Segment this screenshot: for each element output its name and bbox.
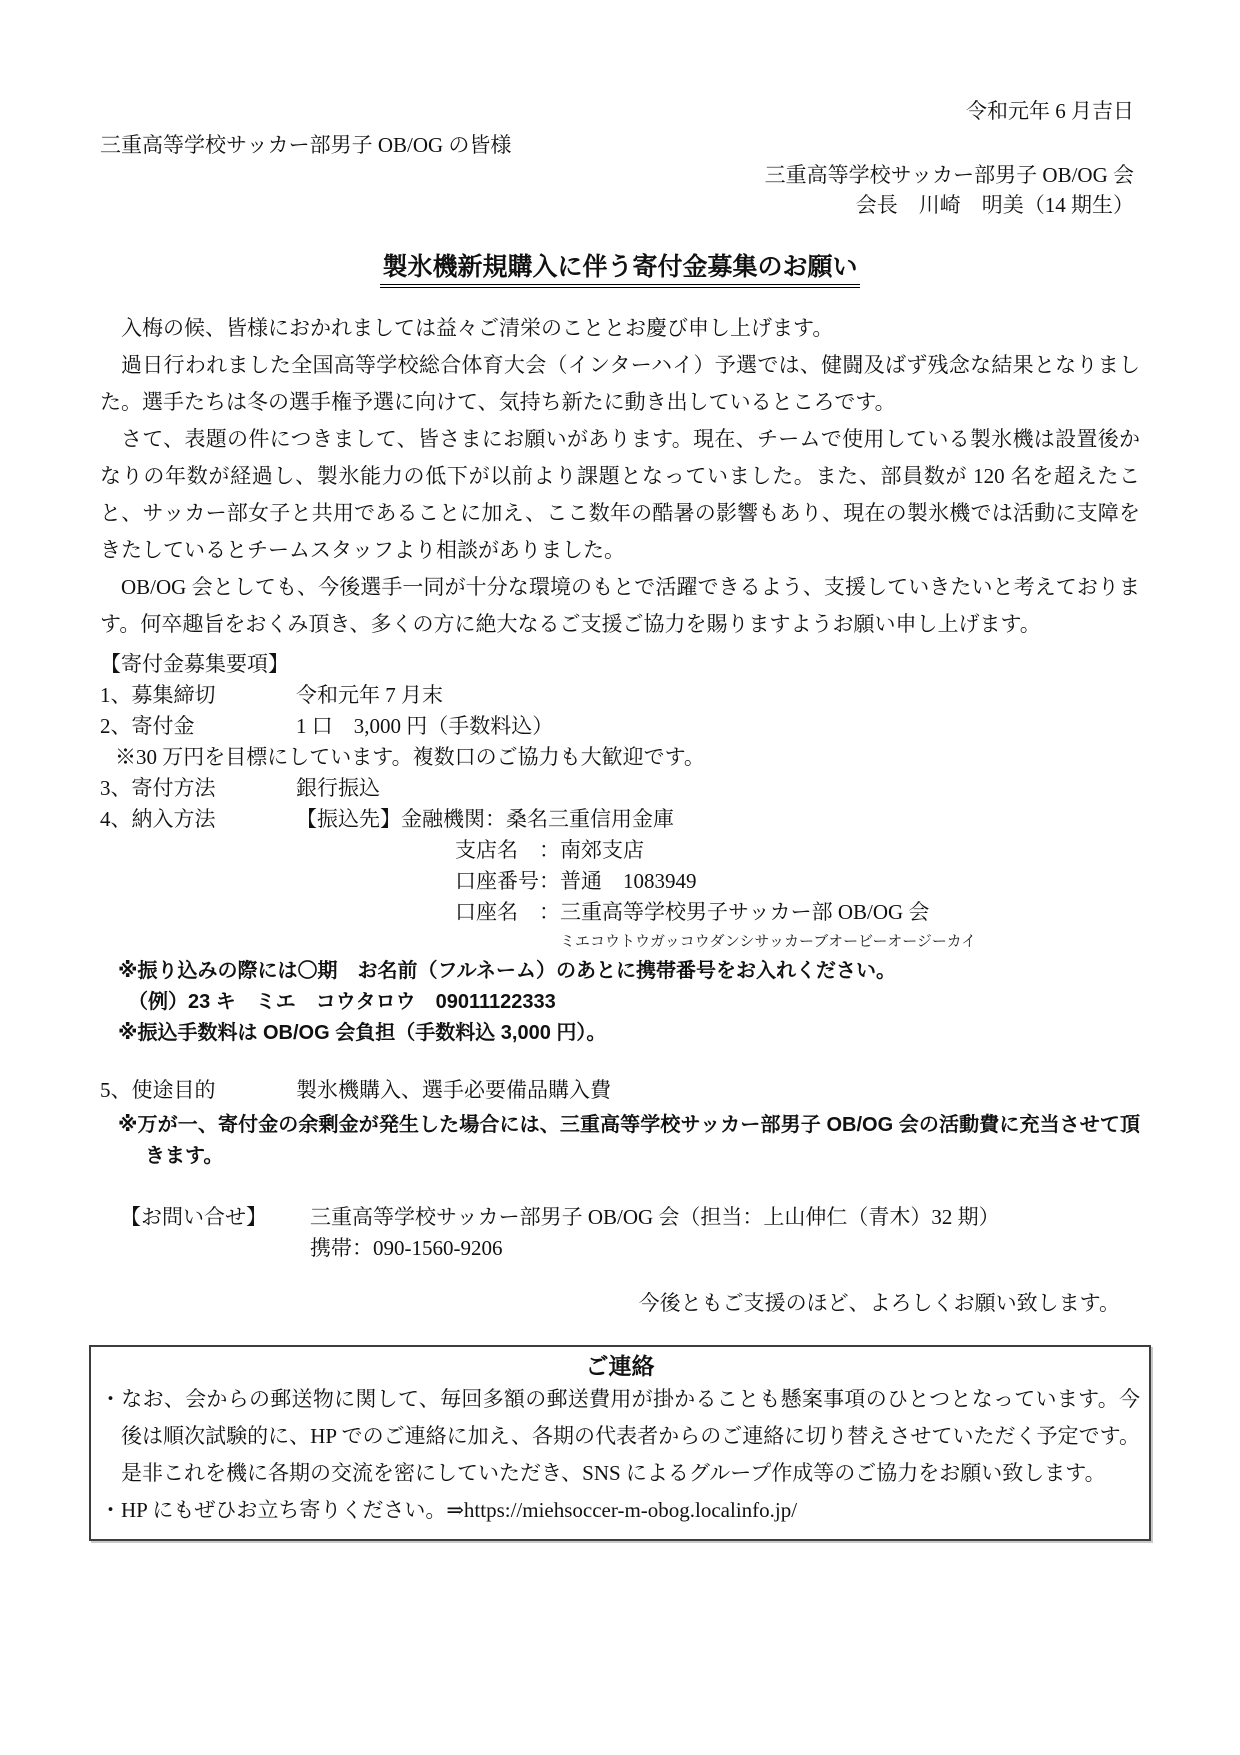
contact-row: 【お問い合せ】 三重高等学校サッカー部男子 OB/OG 会（担当：上山伸仁（青木…	[100, 1202, 1140, 1233]
guideline-item-purpose: 5、使途目的 製氷機購入、選手必要備品購入費	[100, 1075, 1140, 1106]
body-paragraphs: 入梅の候、皆様におかれましては益々ご清栄のこととお慶び申し上げます。 過日行われ…	[100, 310, 1140, 643]
item-value: 製氷機購入、選手必要備品購入費	[296, 1075, 1140, 1106]
notice-bullet-homepage-url: ・HP にもぜひお立ち寄りください。⇒https://miehsoccer-m-…	[100, 1492, 1140, 1529]
guideline-item-amount: 2、寄付金 1 口 3,000 円（手数料込）	[100, 711, 1140, 742]
date-line: 令和元年 6 月吉日	[100, 96, 1140, 126]
contact-org-line: 三重高等学校サッカー部男子 OB/OG 会（担当：上山伸仁（青木）32 期）	[310, 1202, 1000, 1233]
item-label: 4、納入方法	[100, 804, 296, 835]
transfer-name-note: ※振り込みの際には〇期 お名前（フルネーム）のあとに携帯番号をお入れください。	[100, 956, 1140, 987]
contact-heading: 【お問い合せ】	[100, 1202, 310, 1233]
bank-branch-line: 支店名 ：南郊支店	[455, 835, 1140, 866]
item-number: 5、	[100, 1078, 132, 1102]
guideline-item-method: 3、寄付方法 銀行振込	[100, 773, 1140, 804]
page-title: 製氷機新規購入に伴う寄付金募集のお願い	[380, 253, 859, 288]
closing-line: 今後ともご支援のほど、よろしくお願い致します。	[100, 1288, 1140, 1319]
item-label: 3、寄付方法	[100, 773, 296, 804]
item-number: 2、	[100, 714, 132, 738]
bank-account-number-line: 口座番号：普通 1083949	[455, 866, 1140, 897]
item-number: 3、	[100, 776, 132, 800]
item-number: 4、	[100, 807, 132, 831]
item-label: 1、募集締切	[100, 680, 296, 711]
contact-phone-line: 携帯：090-1560-9206	[310, 1233, 1140, 1264]
item-value: 1 口 3,000 円（手数料込）	[296, 711, 1140, 742]
notice-bullet-postage: ・なお、会からの郵送物に関して、毎回多額の郵送費用が掛かることも懸案事項のひとつ…	[100, 1381, 1140, 1492]
item-title: 募集締切	[132, 683, 216, 707]
sender-chair-line: 会長 川崎 明美（14 期生）	[100, 190, 1140, 220]
notice-box: ご連絡 ・なお、会からの郵送物に関して、毎回多額の郵送費用が掛かることも懸案事項…	[89, 1345, 1151, 1541]
title-row: 製氷機新規購入に伴う寄付金募集のお願い	[100, 248, 1140, 290]
item-label: 2、寄付金	[100, 711, 296, 742]
paragraph-support-request: OB/OG 会としても、今後選手一同が十分な環境のもとで活躍できるよう、支援して…	[100, 569, 1140, 643]
bank-account-name-line: 口座名 ：三重高等学校男子サッカー部 OB/OG 会	[455, 897, 1140, 928]
item-title: 納入方法	[132, 807, 216, 831]
item-title: 寄付方法	[132, 776, 216, 800]
guideline-item-deadline: 1、募集締切 令和元年 7 月末	[100, 680, 1140, 711]
addressee-line: 三重高等学校サッカー部男子 OB/OG の皆様	[100, 130, 1140, 160]
item-value: 令和元年 7 月末	[296, 680, 1140, 711]
bank-account-kana-line: ミエコウトウガッコウダンシサッカーブオービーオージーカイ	[560, 928, 1140, 956]
item-label: 5、使途目的	[100, 1075, 296, 1106]
paragraph-interhigh: 過日行われました全国高等学校総合体育大会（インターハイ）予選では、健闘及ばず残念…	[100, 347, 1140, 421]
paragraph-icemaker-issue: さて、表題の件につきまして、皆さまにお願いがあります。現在、チームで使用している…	[100, 421, 1140, 569]
item-value: 銀行振込	[296, 773, 1140, 804]
item-title: 寄付金	[132, 714, 195, 738]
notice-heading: ご連絡	[100, 1351, 1140, 1381]
transfer-fee-note: ※振込手数料は OB/OG 会負担（手数料込 3,000 円）。	[100, 1018, 1140, 1049]
target-amount-note: ※30 万円を目標にしています。複数口のご協力も大歓迎です。	[100, 742, 1140, 773]
transfer-example-line: （例）23 キ ミエ コウタロウ 09011122333	[100, 987, 1140, 1018]
paragraph-greeting: 入梅の候、皆様におかれましては益々ご清栄のこととお慶び申し上げます。	[100, 310, 1140, 347]
guideline-item-payment: 4、納入方法 【振込先】金融機関：桑名三重信用金庫	[100, 804, 1140, 835]
contact-section: 【お問い合せ】 三重高等学校サッカー部男子 OB/OG 会（担当：上山伸仁（青木…	[100, 1202, 1140, 1264]
surplus-note: ※万が一、寄付金の余剰金が発生した場合には、三重高等学校サッカー部男子 OB/O…	[145, 1110, 1140, 1172]
sender-org-line: 三重高等学校サッカー部男子 OB/OG 会	[100, 160, 1140, 190]
guidelines-heading: 【寄付金募集要項】	[100, 649, 1140, 680]
donation-guidelines-section: 【寄付金募集要項】 1、募集締切 令和元年 7 月末 2、寄付金 1 口 3,0…	[100, 649, 1140, 1172]
item-title: 使途目的	[132, 1078, 216, 1102]
item-value: 【振込先】金融機関：桑名三重信用金庫	[296, 804, 1140, 835]
item-number: 1、	[100, 683, 132, 707]
letter-page: 令和元年 6 月吉日 三重高等学校サッカー部男子 OB/OG の皆様 三重高等学…	[0, 0, 1240, 1755]
